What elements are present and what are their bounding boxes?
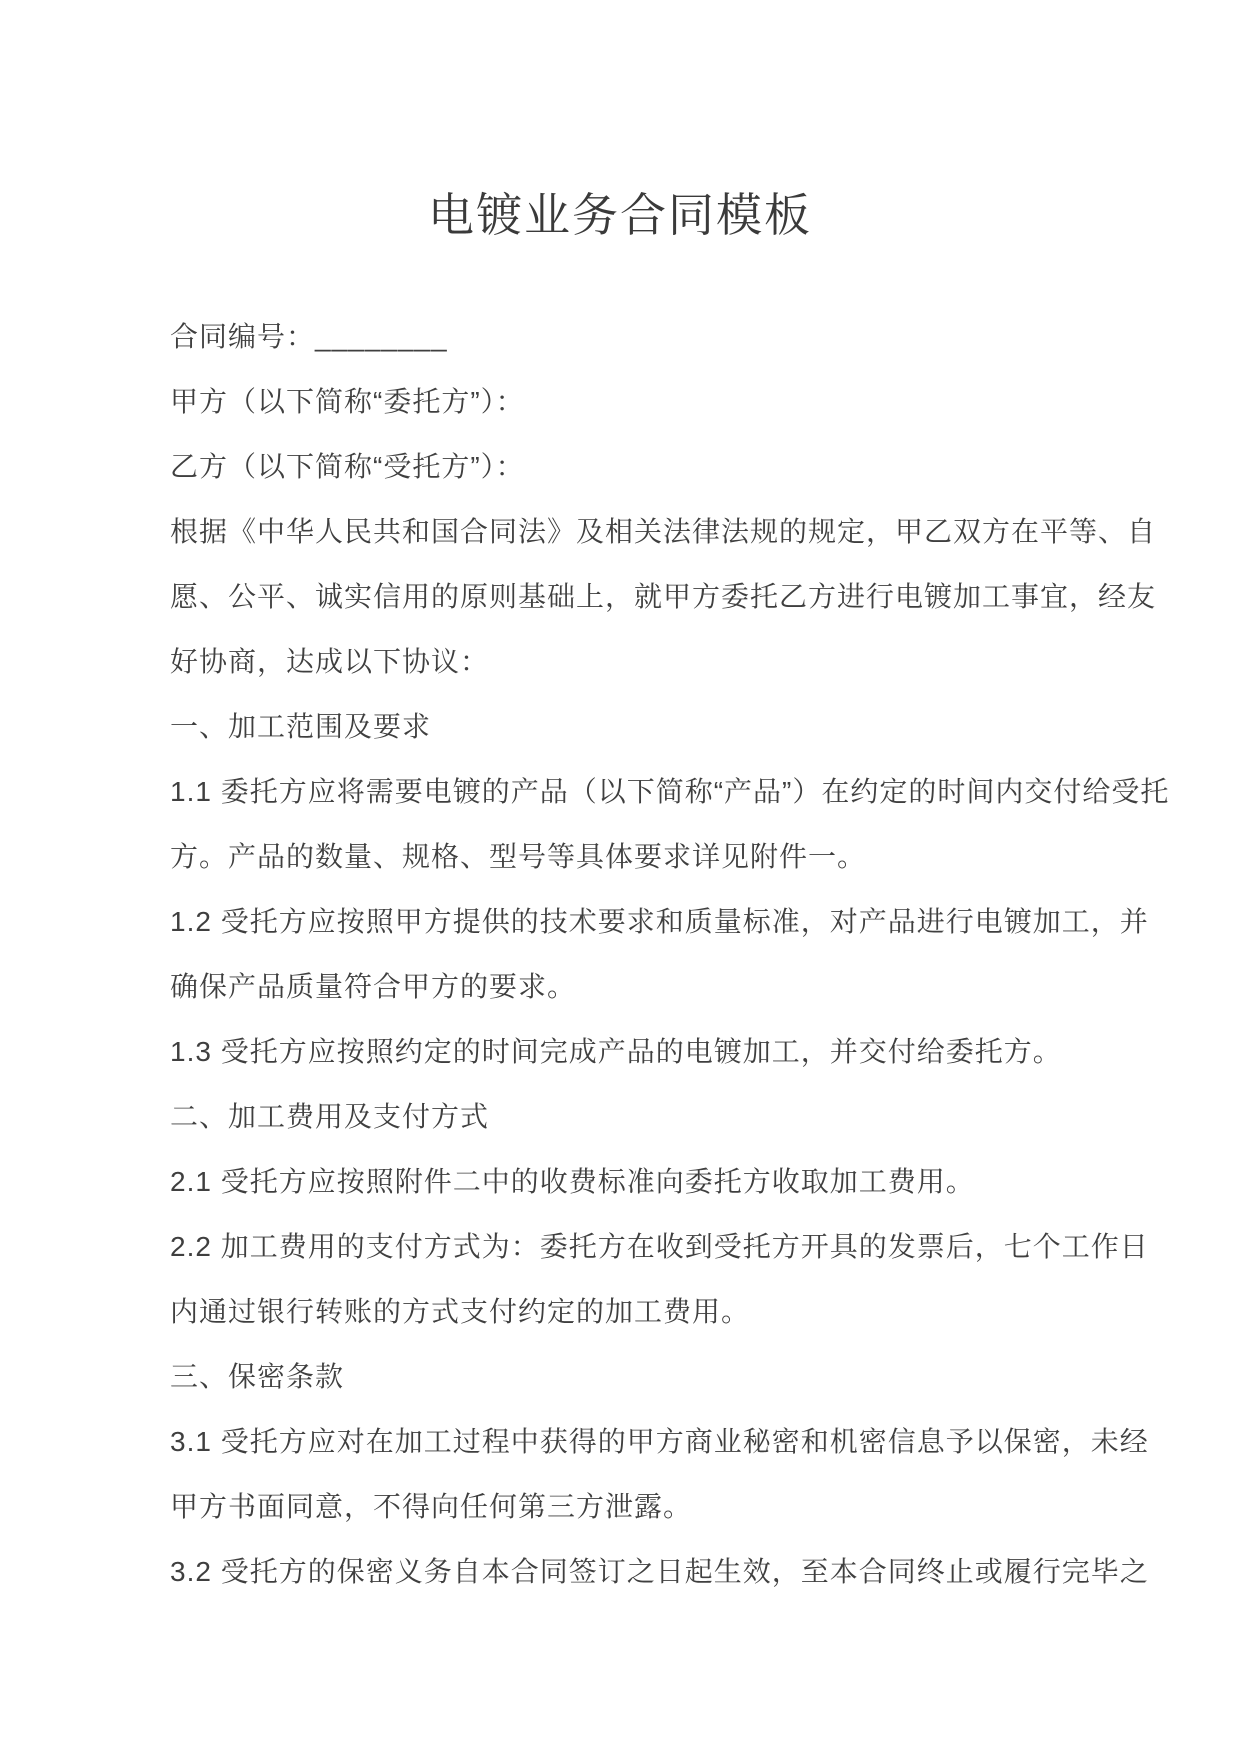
text-line: 愿、公平、诚实信用的原则基础上，就甲方委托乙方进行电镀加工事宜，经友 <box>170 562 1150 627</box>
paragraph-contract-number: 合同编号：________ <box>170 302 1150 367</box>
paragraph-section-1-heading: 一、加工范围及要求 <box>170 692 1150 757</box>
text-line: 好协商，达成以下协议： <box>170 627 1150 692</box>
paragraph-clause-1-1: 1.1 委托方应将需要电镀的产品（以下简称“产品”）在约定的时间内交付给受托方。… <box>170 757 1150 887</box>
text-line: 3.2 受托方的保密义务自本合同签订之日起生效，至本合同终止或履行完毕之 <box>170 1537 1150 1602</box>
text-line: 2.1 受托方应按照附件二中的收费标准向委托方收取加工费用。 <box>170 1147 1150 1212</box>
document-title: 电镀业务合同模板 <box>0 180 1240 250</box>
text-line: 1.3 受托方应按照约定的时间完成产品的电镀加工，并交付给委托方。 <box>170 1017 1150 1082</box>
document-body: 合同编号：________甲方（以下简称“委托方”）：乙方（以下简称“受托方”）… <box>0 302 1240 1602</box>
text-line: 甲方书面同意，不得向任何第三方泄露。 <box>170 1472 1150 1537</box>
paragraph-clause-3-1: 3.1 受托方应对在加工过程中获得的甲方商业秘密和机密信息予以保密，未经甲方书面… <box>170 1407 1150 1537</box>
text-line: 2.2 加工费用的支付方式为：委托方在收到受托方开具的发票后，七个工作日 <box>170 1212 1150 1277</box>
paragraph-party-a: 甲方（以下简称“委托方”）： <box>170 367 1150 432</box>
text-line: 合同编号：________ <box>170 302 1150 367</box>
paragraph-section-3-heading: 三、保密条款 <box>170 1342 1150 1407</box>
contract-page: 电镀业务合同模板 合同编号：________甲方（以下简称“委托方”）：乙方（以… <box>0 0 1240 1753</box>
paragraph-clause-1-3: 1.3 受托方应按照约定的时间完成产品的电镀加工，并交付给委托方。 <box>170 1017 1150 1082</box>
text-line: 一、加工范围及要求 <box>170 692 1150 757</box>
text-line: 方。产品的数量、规格、型号等具体要求详见附件一。 <box>170 822 1150 887</box>
text-line: 1.2 受托方应按照甲方提供的技术要求和质量标准，对产品进行电镀加工，并 <box>170 887 1150 952</box>
text-line: 乙方（以下简称“受托方”）： <box>170 432 1150 497</box>
text-line: 内通过银行转账的方式支付约定的加工费用。 <box>170 1277 1150 1342</box>
paragraph-clause-1-2: 1.2 受托方应按照甲方提供的技术要求和质量标准，对产品进行电镀加工，并确保产品… <box>170 887 1150 1017</box>
text-line: 确保产品质量符合甲方的要求。 <box>170 952 1150 1017</box>
text-line: 根据《中华人民共和国合同法》及相关法律法规的规定，甲乙双方在平等、自 <box>170 497 1150 562</box>
paragraph-section-2-heading: 二、加工费用及支付方式 <box>170 1082 1150 1147</box>
text-line: 甲方（以下简称“委托方”）： <box>170 367 1150 432</box>
paragraph-clause-3-2: 3.2 受托方的保密义务自本合同签订之日起生效，至本合同终止或履行完毕之 <box>170 1537 1150 1602</box>
paragraph-preamble: 根据《中华人民共和国合同法》及相关法律法规的规定，甲乙双方在平等、自愿、公平、诚… <box>170 497 1150 692</box>
text-line: 1.1 委托方应将需要电镀的产品（以下简称“产品”）在约定的时间内交付给受托 <box>170 757 1150 822</box>
text-line: 3.1 受托方应对在加工过程中获得的甲方商业秘密和机密信息予以保密，未经 <box>170 1407 1150 1472</box>
paragraph-clause-2-2: 2.2 加工费用的支付方式为：委托方在收到受托方开具的发票后，七个工作日内通过银… <box>170 1212 1150 1342</box>
paragraph-clause-2-1: 2.1 受托方应按照附件二中的收费标准向委托方收取加工费用。 <box>170 1147 1150 1212</box>
text-line: 三、保密条款 <box>170 1342 1150 1407</box>
paragraph-party-b: 乙方（以下简称“受托方”）： <box>170 432 1150 497</box>
text-line: 二、加工费用及支付方式 <box>170 1082 1150 1147</box>
